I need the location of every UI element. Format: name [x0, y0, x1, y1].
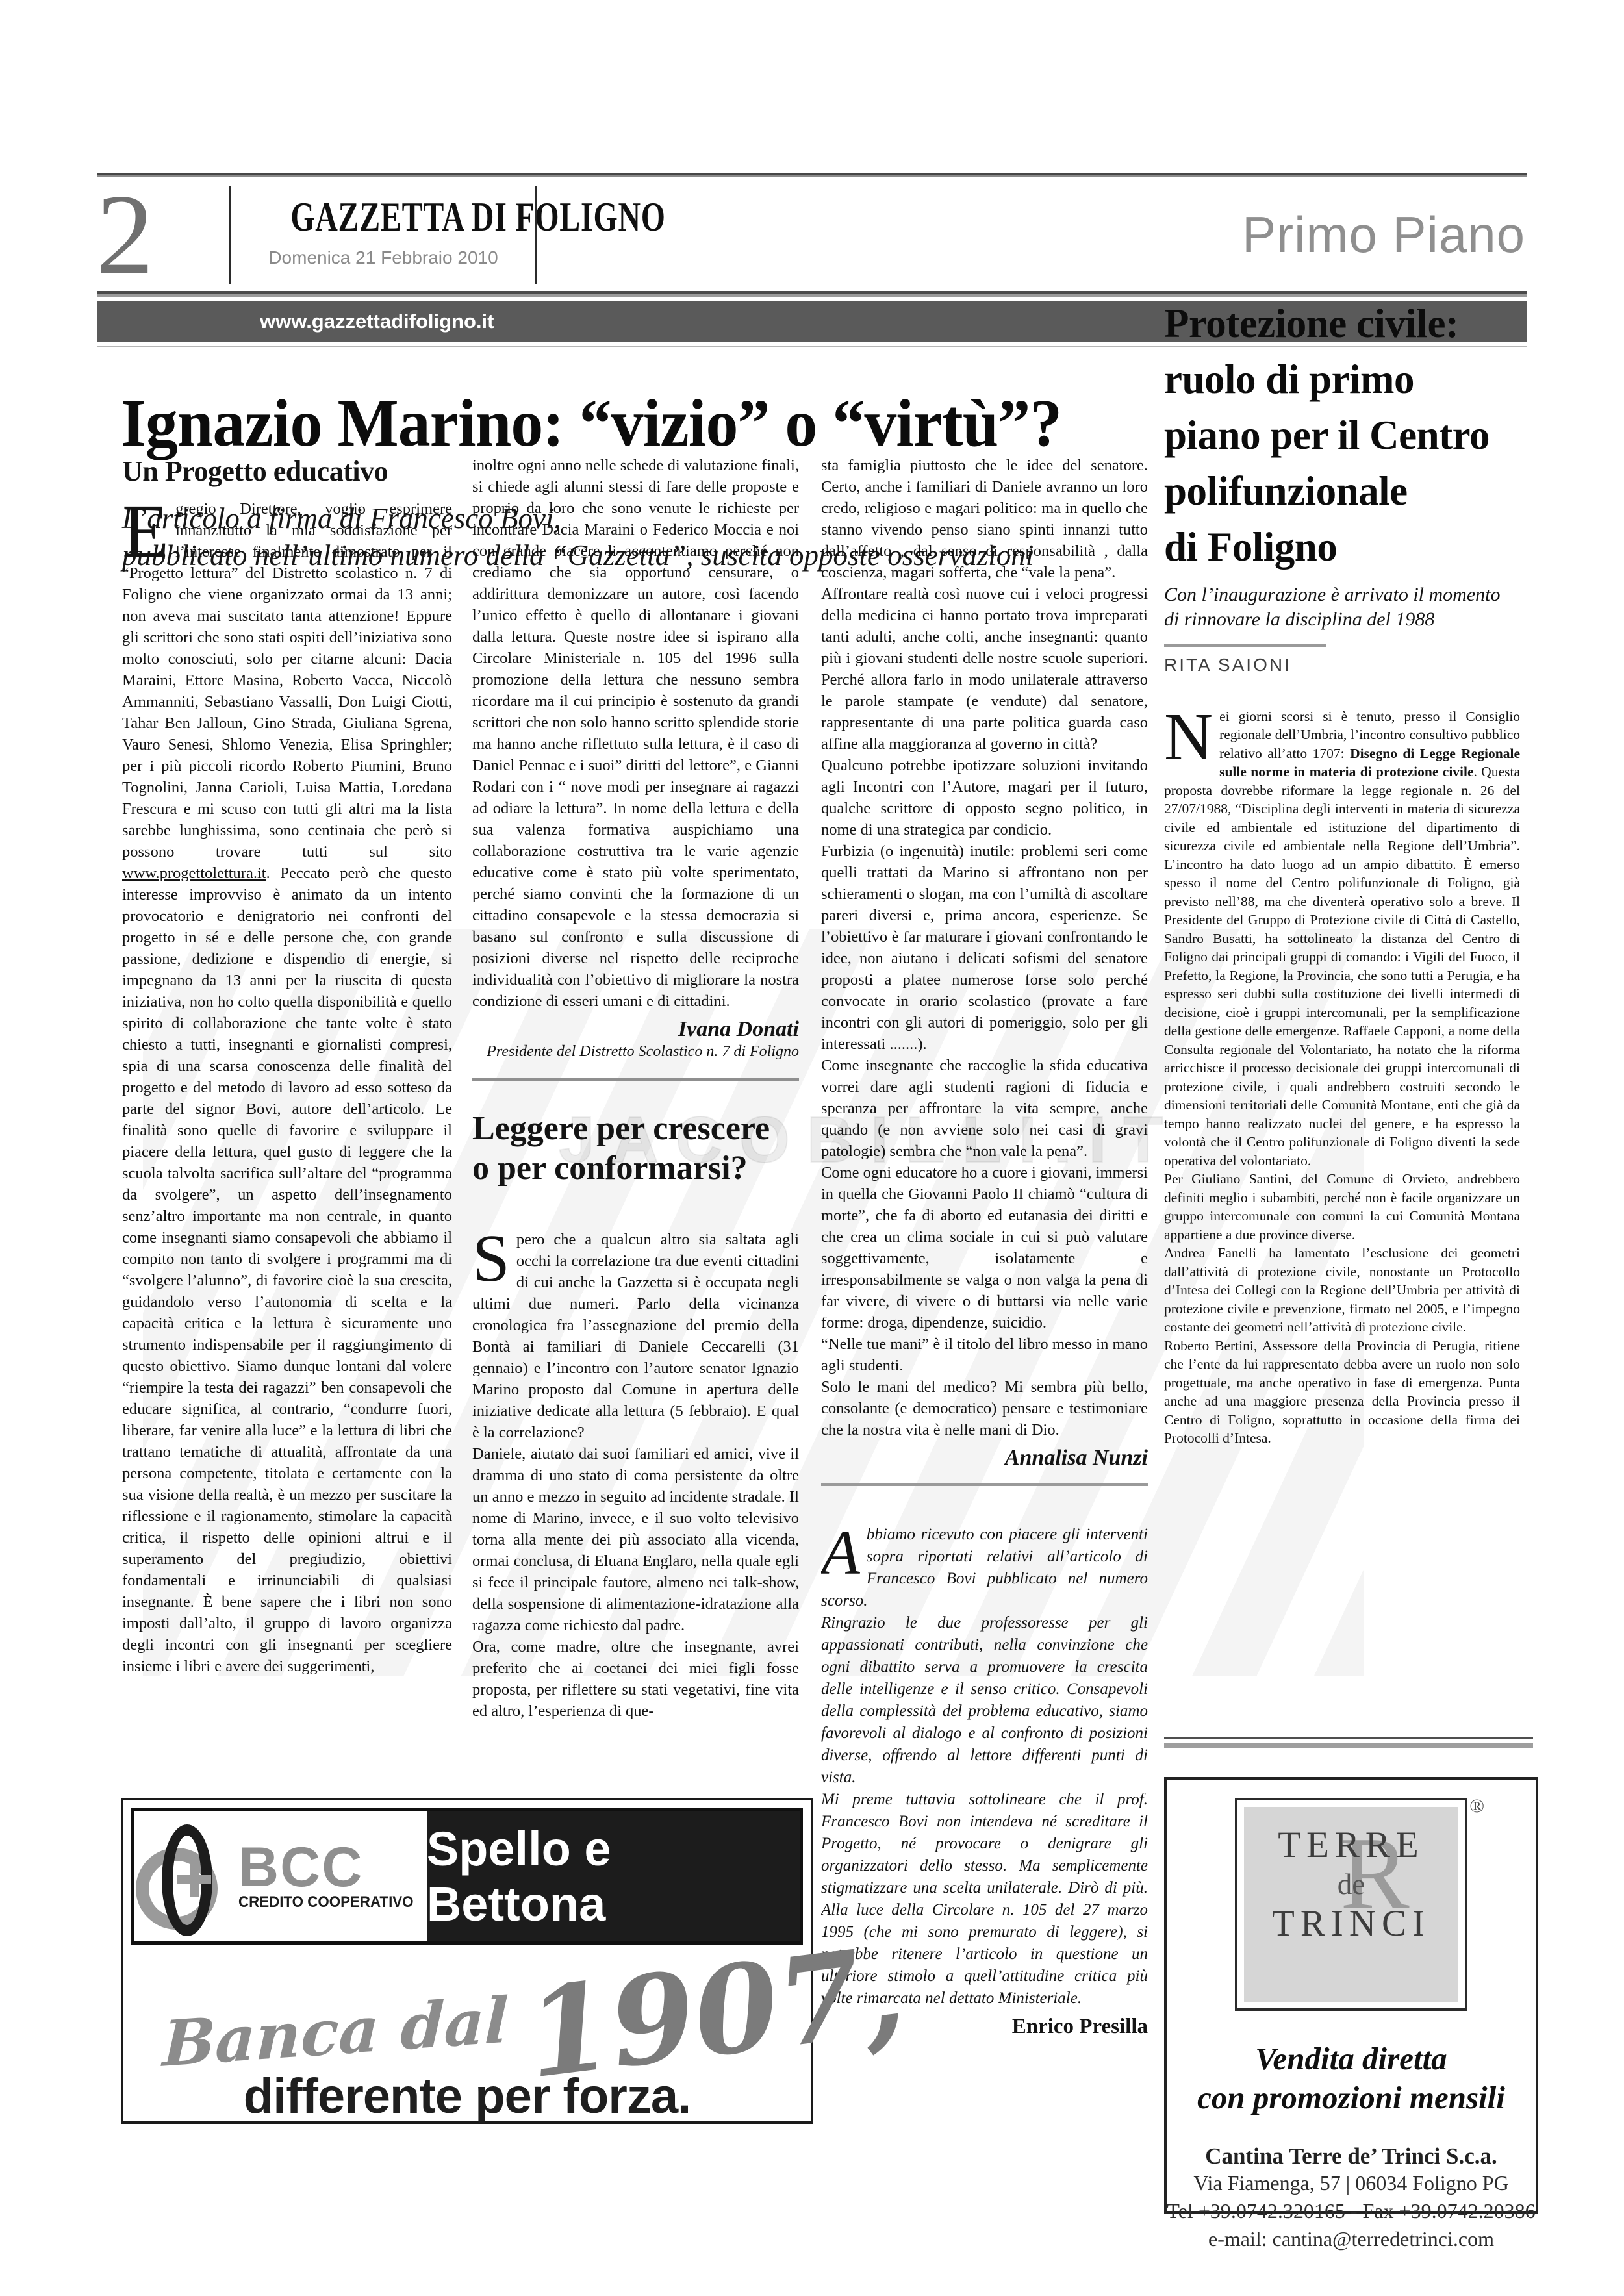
letter1-text-post: . Peccato però che questo interesse impr…	[122, 864, 452, 1675]
terre-claim: Vendita diretta con promozioni mensili	[1167, 2039, 1536, 2117]
letter2-body-col2: Spero che a qualcun altro sia saltata ag…	[472, 1207, 799, 1722]
bcc-rings-icon	[134, 1818, 232, 1935]
column-2: inoltre ogni anno nelle schede di valuta…	[472, 455, 799, 1794]
terre-email: e-mail: cantina@terredetrinci.com	[1167, 2225, 1536, 2253]
letter2-dropcap: S	[472, 1229, 516, 1287]
terre-logo-top: TERRE	[1244, 1824, 1458, 1866]
sidebar-text-post: . Questa proposta dovrebbe riformare la …	[1164, 764, 1520, 1446]
letter2-heading: Leggere per crescere o per conformarsi?	[472, 1109, 799, 1188]
terre-ad: ® R TERRE de TRINCI Vendita diretta con …	[1164, 1777, 1538, 2214]
terre-address: Via Fiamenga, 57 | 06034 Foligno PG	[1167, 2169, 1536, 2197]
letter2-signature: Annalisa Nunzi	[821, 1446, 1148, 1470]
bcc-logo: BCC CREDITO COOPERATIVO	[134, 1811, 427, 1941]
header-top-rule	[97, 173, 1527, 177]
bcc-tagline-slogan: differente per forza.	[123, 2068, 811, 2125]
letter2-text-col2: pero che a qualcun altro sia saltata agl…	[472, 1231, 799, 1720]
section-title: Primo Piano	[1242, 205, 1525, 264]
bcc-ad-band: BCC CREDITO COOPERATIVO Spello e Bettona	[131, 1808, 803, 1945]
terre-phone: Tel +39.0742.320165 - Fax +39.0742.20386	[1167, 2197, 1536, 2225]
letter1-body-col1: Egregio Direttore, voglio esprimere inna…	[122, 498, 452, 1677]
letter1-heading: Un Progetto educativo	[122, 455, 452, 488]
letter1-signature: Ivana Donati	[472, 1017, 799, 1042]
terre-registered-icon: ®	[1469, 1795, 1484, 1817]
letter1-body-col2: inoltre ogni anno nelle schede di valuta…	[472, 455, 799, 1012]
bcc-tagline-script: Banca dal	[162, 1983, 510, 2081]
sidebar-body: Nei giorni scorsi si è tenuto, presso il…	[1164, 688, 1520, 1448]
bcc-banner-text: Spello e Bettona	[427, 1821, 800, 1932]
terre-logo: ® R TERRE de TRINCI	[1235, 1798, 1467, 2011]
letter1-dropcap: E	[122, 498, 175, 562]
sidebar-byline: RITA SAIONI	[1164, 655, 1520, 675]
letter1-link[interactable]: www.progettolettura.it	[122, 864, 266, 882]
sidebar-standfirst: Con l’inaugurazione è arrivato il moment…	[1164, 583, 1520, 632]
terre-logo-mid: de	[1244, 1867, 1458, 1901]
sidebar-byline-rule	[1164, 644, 1326, 647]
sidebar-dropcap: N	[1164, 707, 1219, 765]
letter1-signature-role: Presidente del Distretto Scolastico n. 7…	[472, 1043, 799, 1061]
bcc-tagline: Banca dal 1907, differente per forza.	[123, 1952, 811, 2118]
website-url: www.gazzettadifoligno.it	[260, 310, 494, 333]
editor-note-dropcap: A	[821, 1524, 867, 1580]
main-headline-wrap: Ignazio Marino: “vizio” o “virtù”?	[121, 385, 1225, 462]
newspaper-page: JACOBILLI.IT 2 GAZZETTA DI FOLIGNO Domen…	[0, 0, 1624, 2296]
terre-company: Cantina Terre de’ Trinci S.c.a.	[1167, 2143, 1536, 2169]
sidebar-bottom-rule	[1164, 1737, 1533, 1748]
letter2-body-col3: sta famiglia piuttosto che le idee del s…	[821, 455, 1148, 1441]
sidebar-article: Protezione civile: ruolo di primo piano …	[1164, 296, 1520, 1731]
bcc-ad: BCC CREDITO COOPERATIVO Spello e Bettona…	[121, 1798, 813, 2124]
masthead-date: Domenica 21 Febbraio 2010	[231, 247, 535, 268]
terre-logo-bottom: TRINCI	[1244, 1902, 1458, 1945]
column-divider-rule	[472, 1078, 799, 1081]
bcc-brand-sub: CREDITO COOPERATIVO	[238, 1893, 414, 1911]
column-1: Un Progetto educativo Egregio Direttore,…	[122, 455, 452, 1794]
sidebar-title: Protezione civile: ruolo di primo piano …	[1164, 296, 1520, 575]
masthead-title: GAZZETTA DI FOLIGNO	[290, 194, 666, 241]
bcc-brand: BCC	[238, 1841, 427, 1893]
editor-note-divider	[821, 1483, 1148, 1486]
masthead-box: GAZZETTA DI FOLIGNO Domenica 21 Febbraio…	[229, 186, 537, 284]
page-number: 2	[96, 177, 154, 292]
main-headline: Ignazio Marino: “vizio” o “virtù”?	[121, 385, 1061, 462]
